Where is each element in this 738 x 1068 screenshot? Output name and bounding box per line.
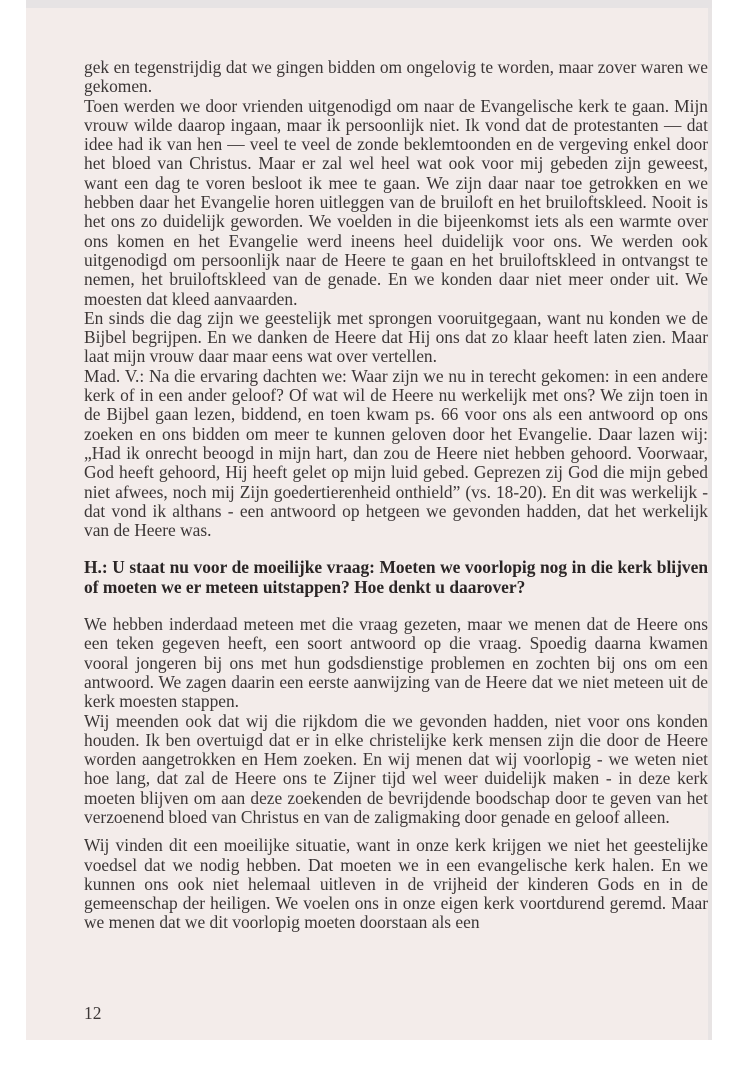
page-body-text: gek en tegenstrijdig dat we gingen bidde… (84, 58, 708, 933)
page-number: 12 (84, 1003, 101, 1024)
answer-paragraph: We hebben inderdaad meteen met die vraag… (84, 615, 708, 711)
paragraph: En sinds die dag zijn we geestelijk met … (84, 309, 708, 367)
answer-paragraph: Wij meenden ook dat wij die rijkdom die … (84, 712, 708, 828)
answer-paragraph: Wij vinden dit een moeilijke situatie, w… (84, 836, 708, 932)
paragraph: Toen werden we door vrienden uitgenodigd… (84, 97, 708, 309)
book-page: gek en tegenstrijdig dat we gingen bidde… (26, 0, 712, 1040)
paragraph: Mad. V.: Na die ervaring dachten we: Waa… (84, 367, 708, 541)
paragraph: gek en tegenstrijdig dat we gingen bidde… (84, 58, 708, 97)
interview-question: H.: U staat nu voor de moeilijke vraag: … (84, 558, 708, 597)
